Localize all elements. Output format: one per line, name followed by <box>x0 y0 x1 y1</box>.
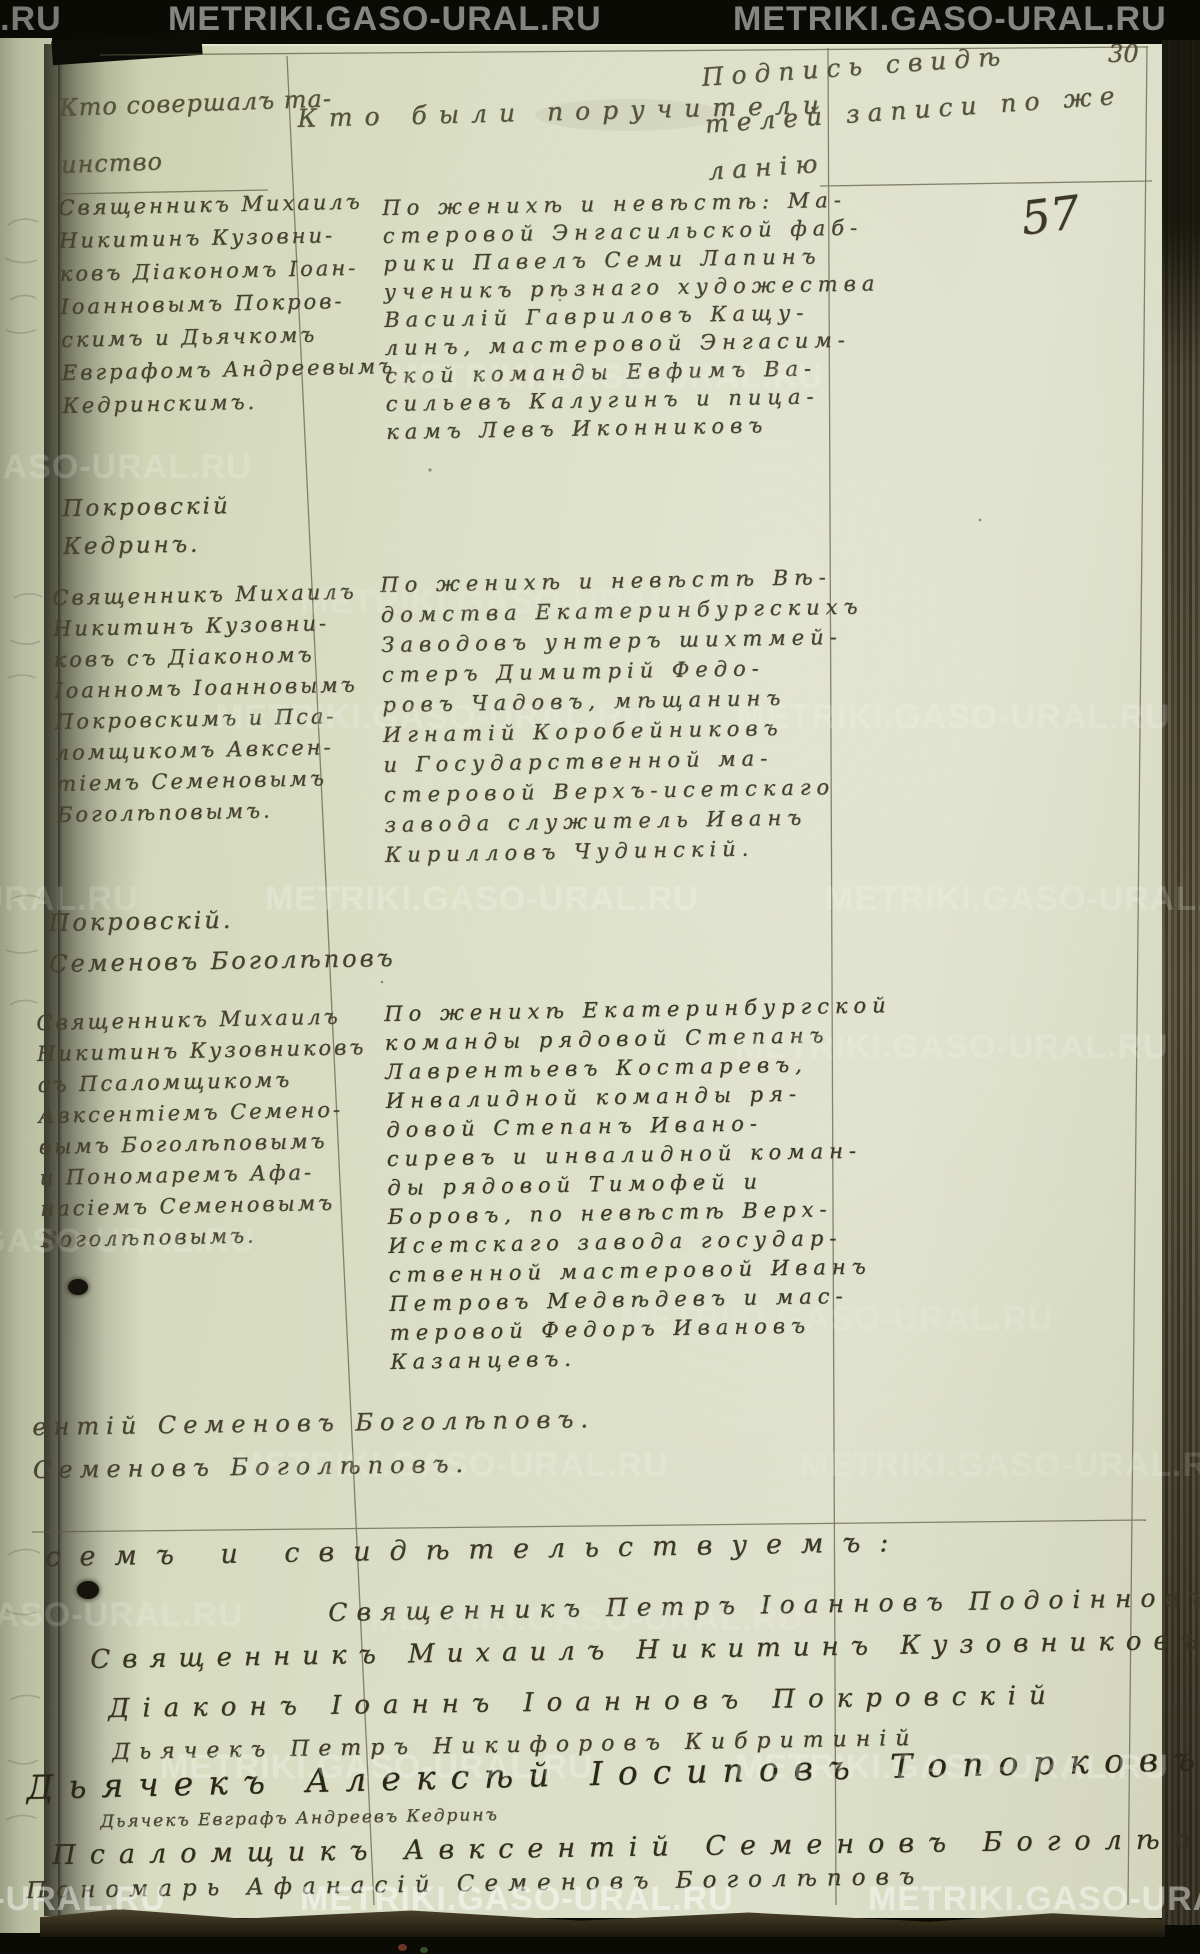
punch-hole <box>77 1581 99 1599</box>
column-header-signature: Подпись свидѣтелей записи по желанію <box>700 25 1127 195</box>
entry-guarantors: По женихѣ Екатеринбургскойкоманды рядово… <box>384 992 861 1377</box>
watermark: METRIKI.GASO-URAL.RU <box>168 0 602 39</box>
watermark: METRIKI.GASO-URAL.RU <box>0 0 62 39</box>
clergy-signature: Покровскій.Семеновъ Боголѣповъ <box>48 897 396 985</box>
entry-officiant: Священникъ МихаилъНикитинъ Кузовни-ковъ … <box>52 576 387 831</box>
column-header-officiant: Кто совершалъ та-инство <box>58 70 335 193</box>
binding-speck <box>420 1947 428 1953</box>
clergy-signature: ПокровскійКедринъ. <box>62 487 232 566</box>
folio-number: 57 <box>1018 185 1083 246</box>
scanned-metric-book-page: Кто совершалъ та-инство Кто были поручит… <box>0 0 1200 1954</box>
page-corner-number: 30 <box>1108 40 1139 68</box>
clergy-signature: ентій Семеновъ Боголѣповъ.Семеновъ Богол… <box>32 1398 596 1492</box>
entry-officiant: Священникъ МихаилъНикитинъ Кузовни-ковъ … <box>58 185 383 423</box>
entry-guarantors: По женихѣ и невѣстѣ Вѣ-домства Екатеринб… <box>380 562 855 870</box>
punch-hole <box>68 1279 88 1295</box>
binding-speck <box>398 1944 407 1951</box>
entry-officiant: Священникъ МихаилъНикитинъ Кузовниковъсъ… <box>36 1001 381 1256</box>
entry-guarantors: По женихѣ и невѣстѣ: Ма-стеровой Энгасил… <box>382 186 856 446</box>
